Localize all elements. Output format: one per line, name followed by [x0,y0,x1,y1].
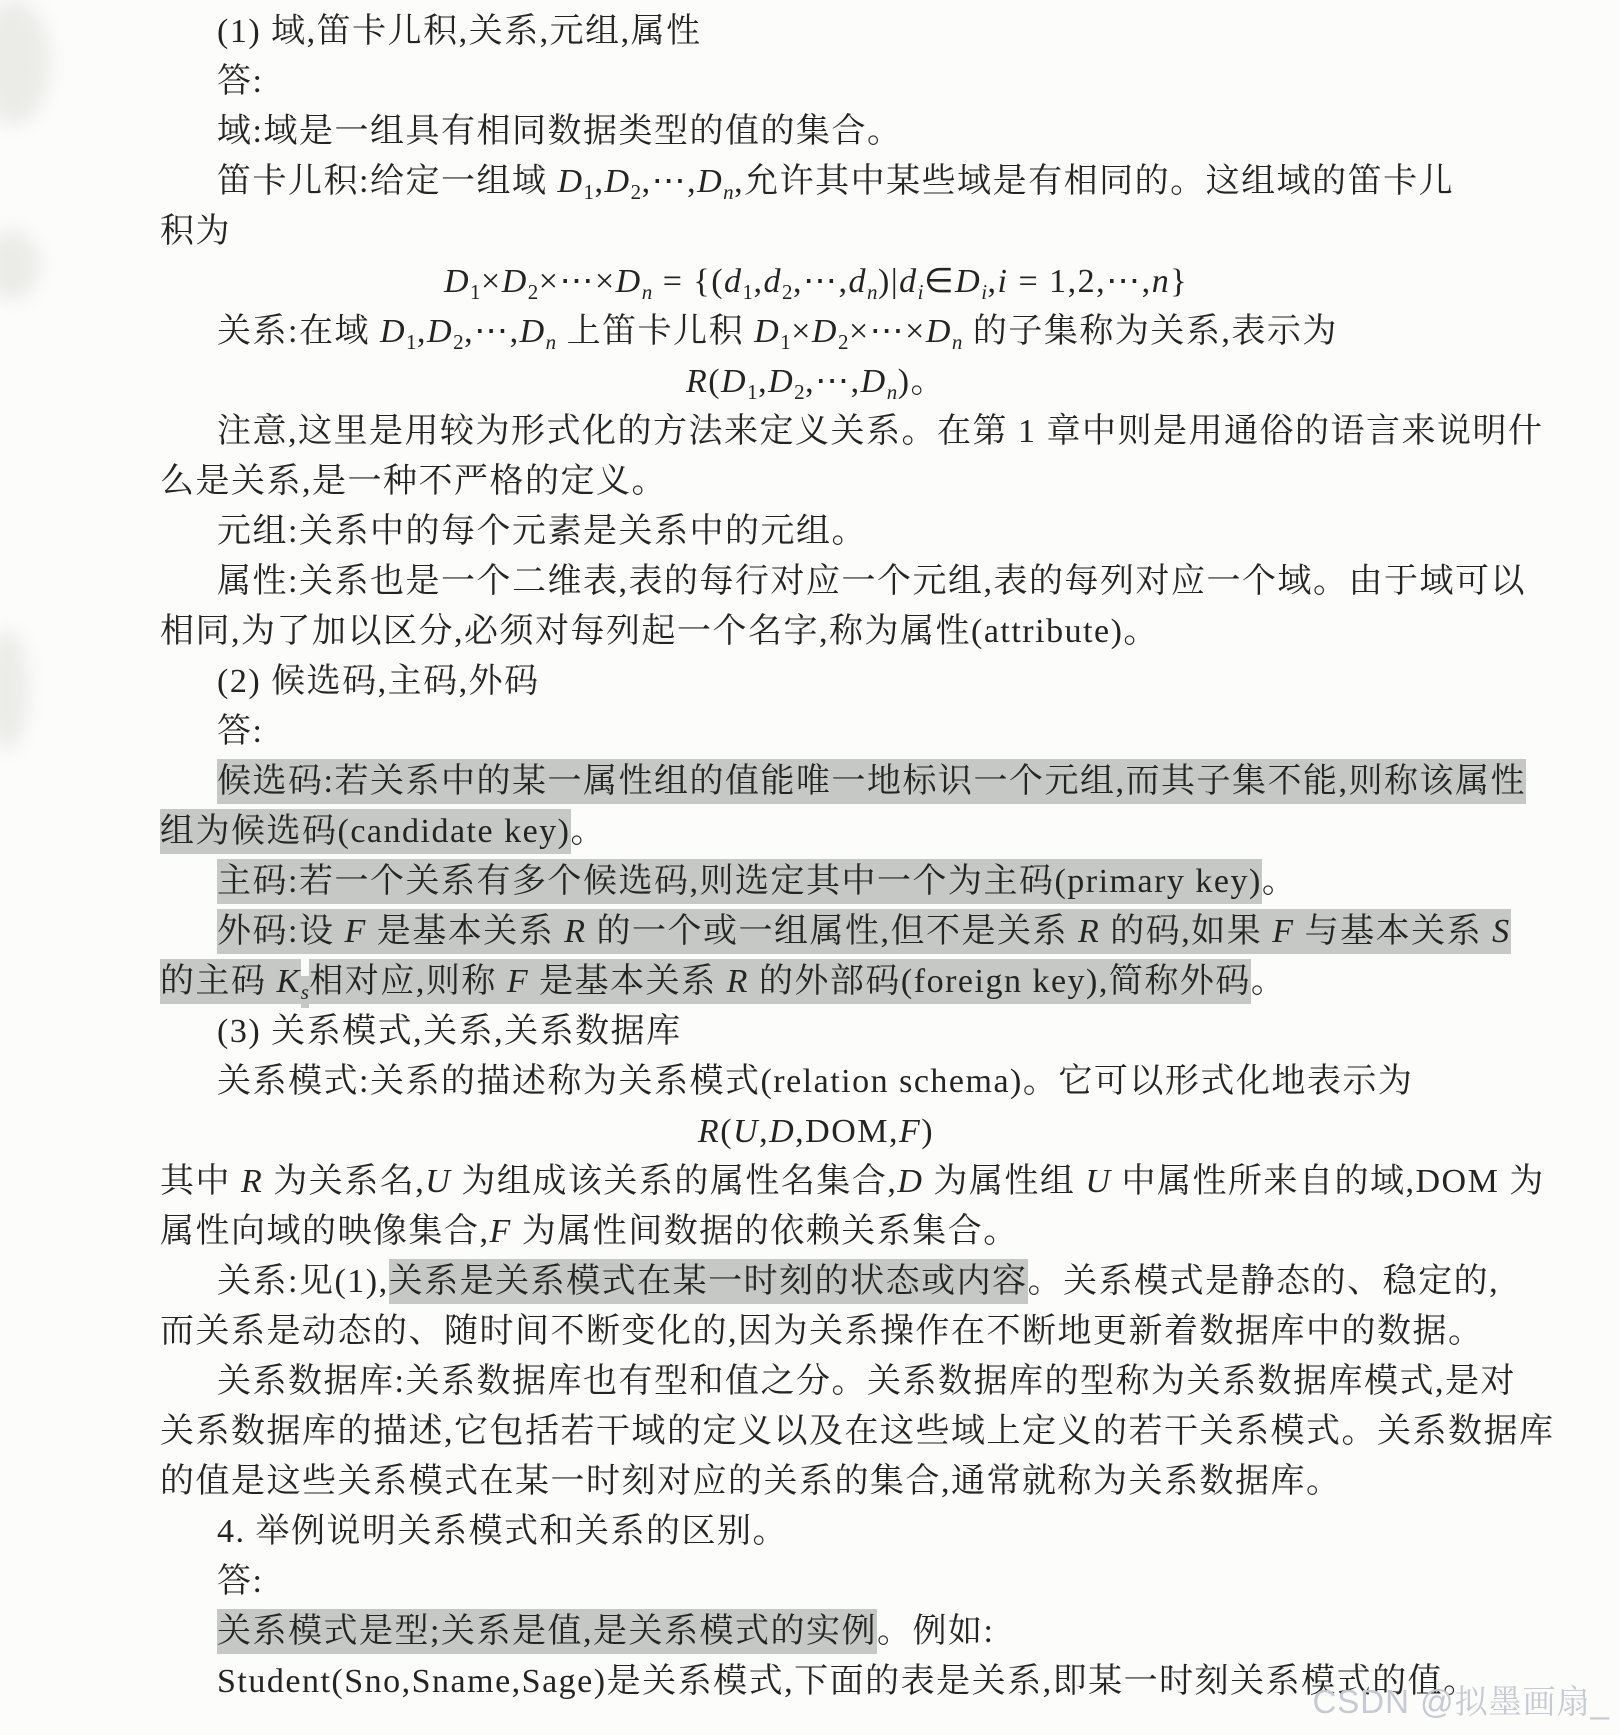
text-segment: R [241,1163,263,1200]
text-segment: 属性向域的映像集合, [160,1213,490,1250]
text-segment: 4. 举例说明关系模式和关系的区别。 [217,1513,788,1550]
highlighted-text-segment: F [344,909,366,954]
text-line: 外码:设 F 是基本关系 R 的一个或一组属性,但不是关系 R 的码,如果 F … [160,907,1472,957]
highlighted-text-segment: R [1078,909,1100,954]
text-segment: ,⋯, [642,163,698,200]
text-segment: 为属性组 [923,1163,1085,1200]
highlighted-text-segment: 与基本关系 [1295,909,1493,954]
watermark: CSDN @拟墨画扇_ [1312,1676,1610,1723]
highlighted-text-segment: 的码,如果 [1100,909,1272,954]
text-segment: 域:域是一组具有相同数据类型的值的集合。 [217,113,902,150]
text-line: 属性:关系也是一个二维表,表的每行对应一个元组,表的每列对应一个域。由于域可以 [160,557,1472,607]
text-segment: ,允许其中某些域是有相同的。这组域的笛卡儿 [734,163,1454,200]
text-segment: ( [720,1113,733,1150]
highlighted-text-segment: 主码:若一个关系有多个候选码,则选定其中一个为主码(primary key) [217,859,1262,904]
text-segment: D [955,263,981,300]
text-segment: ) [921,1113,934,1150]
text-line: 笛卡儿积:给定一组域 D1,D2,⋯,Dn,允许其中某些域是有相同的。这组域的笛… [160,157,1472,207]
text-line: 相同,为了加以区分,必须对每列起一个名字,称为属性(attribute)。 [160,607,1472,657]
text-segment: D [812,313,838,350]
text-line: 组为候选码(candidate key)。 [160,807,1472,857]
text-segment: D [380,313,406,350]
text-segment: 的子集称为关系,表示为 [963,313,1338,350]
scan-artifact [0,0,50,125]
text-line: R(D1,D2,⋯,Dn)。 [160,357,1472,407]
text-segment: D [897,1163,923,1200]
text-line: 答: [160,57,1472,107]
text-segment: ,DOM, [795,1113,899,1150]
text-segment: d [899,263,918,300]
text-segment: 答: [217,63,263,100]
text-line: 主码:若一个关系有多个候选码,则选定其中一个为主码(primary key)。 [160,857,1472,907]
text-line: (3) 关系模式,关系,关系数据库 [160,1007,1472,1057]
text-line: 关系数据库的描述,它包括若干域的定义以及在这些域上定义的若干关系模式。关系数据库 [160,1407,1472,1457]
text-segment: (3) 关系模式,关系,关系数据库 [217,1013,682,1050]
text-segment: 2 [453,330,464,354]
text-segment: D [444,263,470,300]
text-segment: , [758,363,768,400]
highlighted-text-segment: F [507,959,529,1004]
text-segment: , [988,263,998,300]
highlighted-text-segment: 相对应,则称 [309,959,507,1004]
text-segment: 注意,这里是用较为形式化的方法来定义关系。在第 1 章中则是用通俗的语言来说明什 [217,413,1544,450]
text-segment: 么是关系,是一种不严格的定义。 [160,463,667,500]
text-segment: n [723,180,734,204]
text-segment: 答: [217,713,263,750]
text-segment: 为组成该关系的属性名集合, [451,1163,897,1200]
text-segment: = {( [653,263,724,300]
text-segment: ,⋯, [464,313,520,350]
text-segment: ,⋯, [793,263,849,300]
highlighted-text-segment: 组为候选码(candidate key) [160,809,571,854]
text-segment: F [490,1213,512,1250]
highlighted-text-segment: 候选码:若关系中的某一属性组的值能唯一地标识一个元组,而其子集不能,则称该属性 [217,759,1526,804]
text-line: 域:域是一组具有相同数据类型的值的集合。 [160,107,1472,157]
text-line: R(U,D,DOM,F) [160,1107,1472,1157]
text-segment: 2 [782,280,793,304]
text-segment: d [764,263,783,300]
text-segment: D [520,313,546,350]
text-segment: 2 [838,330,849,354]
highlighted-text-segment: 是基本关系 [367,909,565,954]
highlighted-text-segment: F [1272,909,1294,954]
text-segment: 元组:关系中的每个元素是关系中的元组。 [217,513,867,550]
text-segment: n [887,380,898,404]
text-segment: D [721,363,747,400]
text-segment: } [1170,263,1188,300]
text-segment: )。 [898,363,946,400]
text-segment: 2 [794,380,805,404]
highlighted-text-segment: R [564,909,586,954]
text-segment: ( [708,363,721,400]
text-segment: 。 [571,813,607,850]
text-segment: R [698,1113,720,1150]
text-segment: 1 [470,280,481,304]
text-segment: ×⋯× [539,263,616,300]
text-line: 的主码 Ks相对应,则称 F 是基本关系 R 的外部码(foreign key)… [160,957,1472,1007]
text-segment: n [642,280,653,304]
text-segment: 1 [584,180,595,204]
highlighted-text-segment: 的主码 [160,959,277,1004]
text-segment: U [733,1113,759,1150]
text-segment: 中属性所来自的域,DOM 为 [1111,1163,1544,1200]
text-line: 注意,这里是用较为形式化的方法来定义关系。在第 1 章中则是用通俗的语言来说明什 [160,407,1472,457]
text-segment: 1 [747,380,758,404]
text-line: 关系模式:关系的描述称为关系模式(relation schema)。它可以形式化… [160,1057,1472,1107]
text-line: 积为 [160,207,1472,257]
text-segment: D [616,263,642,300]
text-segment: 的值是这些关系模式在某一时刻对应的关系的集合,通常就称为关系数据库。 [160,1463,1342,1500]
text-segment: 。例如: [877,1613,994,1650]
text-segment: 而关系是动态的、随时间不断变化的,因为关系操作在不断地更新着数据库中的数据。 [160,1313,1484,1350]
text-segment: 上笛卡儿积 [557,313,755,350]
text-segment: (1) 域,笛卡儿积,关系,元组,属性 [217,13,702,50]
text-segment: 1 [743,280,754,304]
text-segment: , [754,263,764,300]
highlighted-text-segment: 关系模式是型;关系是值,是关系模式的实例 [217,1609,877,1654]
text-segment: 其中 [160,1163,241,1200]
text-line: 而关系是动态的、随时间不断变化的,因为关系操作在不断地更新着数据库中的数据。 [160,1307,1472,1357]
text-line: (1) 域,笛卡儿积,关系,元组,属性 [160,7,1472,57]
text-segment: 关系:见(1), [217,1263,389,1300]
text-line: Student(Sno,Sname,Sage)是关系模式,下面的表是关系,即某一… [160,1657,1472,1707]
text-segment: F [899,1113,921,1150]
text-segment: D [502,263,528,300]
text-segment: D [926,313,952,350]
text-segment: Student(Sno,Sname,Sage)是关系模式,下面的表是关系,即某一… [217,1663,1479,1700]
text-line: D1×D2×⋯×Dn = {(d1,d2,⋯,dn)|di∈Di,i = 1,2… [160,257,1472,307]
text-segment: D [697,163,723,200]
text-segment: D [769,1113,795,1150]
text-segment: 笛卡儿积:给定一组域 [217,163,557,200]
text-segment: ,⋯, [805,363,861,400]
text-segment: D [768,363,794,400]
text-segment: 为关系名, [263,1163,425,1200]
text-line: 4. 举例说明关系模式和关系的区别。 [160,1507,1472,1557]
text-segment: i [998,263,1009,300]
text-segment: 2 [631,180,642,204]
text-segment: D [754,313,780,350]
text-segment: 。 [1262,863,1298,900]
text-segment: n [952,330,963,354]
text-line: 元组:关系中的每个元素是关系中的元组。 [160,507,1472,557]
scan-artifact [0,230,40,300]
text-segment: ∈ [924,263,955,300]
text-segment: 1 [406,330,417,354]
text-segment: × [791,313,812,350]
text-segment: , [595,163,605,200]
text-line: 候选码:若关系中的某一属性组的值能唯一地标识一个元组,而其子集不能,则称该属性 [160,757,1472,807]
text-segment: 关系数据库:关系数据库也有型和值之分。关系数据库的型称为关系数据库模式,是对 [217,1363,1516,1400]
text-segment: 1 [780,330,791,354]
highlighted-text-segment: S [1492,909,1511,954]
text-segment: = 1,2,⋯, [1009,263,1152,300]
scan-artifact [0,630,28,750]
text-segment: 。关系模式是静态的、稳定的, [1028,1263,1500,1300]
text-line: 属性向域的映像集合,F 为属性间数据的依赖关系集合。 [160,1207,1472,1257]
text-segment: 为属性间数据的依赖关系集合。 [512,1213,1019,1250]
text-line: 的值是这些关系模式在某一时刻对应的关系的集合,通常就称为关系数据库。 [160,1457,1472,1507]
text-segment: 属性:关系也是一个二维表,表的每行对应一个元组,表的每列对应一个域。由于域可以 [217,563,1526,600]
text-line: 答: [160,1557,1472,1607]
highlighted-text-segment: 的外部码(foreign key),简称外码 [749,959,1251,1004]
text-segment: , [759,1113,769,1150]
text-line: 么是关系,是一种不严格的定义。 [160,457,1472,507]
text-segment: n [546,330,557,354]
text-segment: U [1085,1163,1111,1200]
text-segment: (2) 候选码,主码,外码 [217,663,540,700]
text-line: 关系数据库:关系数据库也有型和值之分。关系数据库的型称为关系数据库模式,是对 [160,1357,1472,1407]
text-segment: d [849,263,868,300]
text-segment: 关系:在域 [217,313,380,350]
highlighted-text-segment: 关系是关系模式在某一时刻的状态或内容 [389,1259,1028,1304]
text-segment: D [427,313,453,350]
document-lines: (1) 域,笛卡儿积,关系,元组,属性答:域:域是一组具有相同数据类型的值的集合… [160,7,1472,1707]
text-line: 其中 R 为关系名,U 为组成该关系的属性名集合,D 为属性组 U 中属性所来自… [160,1157,1472,1207]
text-segment: U [425,1163,451,1200]
text-segment: d [724,263,743,300]
highlighted-text-segment: K [277,959,301,1004]
text-line: (2) 候选码,主码,外码 [160,657,1472,707]
text-segment: 关系模式:关系的描述称为关系模式(relation schema)。它可以形式化… [217,1063,1413,1100]
highlighted-text-segment: 外码:设 [217,909,344,954]
highlighted-text-segment: 是基本关系 [529,959,727,1004]
text-segment: 关系数据库的描述,它包括若干域的定义以及在这些域上定义的若干关系模式。关系数据库 [160,1413,1555,1450]
text-segment: 2 [528,280,539,304]
text-segment: 答: [217,1563,263,1600]
text-segment: R [686,363,708,400]
text-segment: )| [878,263,899,300]
scanned-textbook-page: (1) 域,笛卡儿积,关系,元组,属性答:域:域是一组具有相同数据类型的值的集合… [0,0,1620,1735]
text-segment: 。 [1251,963,1287,1000]
text-segment: D [605,163,631,200]
text-segment: 积为 [160,213,231,250]
text-segment: D [557,163,583,200]
text-segment: ×⋯× [849,313,926,350]
text-line: 关系模式是型;关系是值,是关系模式的实例。例如: [160,1607,1472,1657]
highlighted-text-segment: 的一个或一组属性,但不是关系 [587,909,1079,954]
text-line: 关系:见(1),关系是关系模式在某一时刻的状态或内容。关系模式是静态的、稳定的, [160,1257,1472,1307]
highlighted-text-segment: R [727,959,749,1004]
text-line: 答: [160,707,1472,757]
text-segment: n [1152,263,1171,300]
text-segment: , [417,313,427,350]
text-segment: D [861,363,887,400]
text-segment: 相同,为了加以区分,必须对每列起一个名字,称为属性(attribute)。 [160,613,1159,650]
text-segment: × [481,263,502,300]
text-line: 关系:在域 D1,D2,⋯,Dn 上笛卡儿积 D1×D2×⋯×Dn 的子集称为关… [160,307,1472,357]
text-segment: n [867,280,878,304]
